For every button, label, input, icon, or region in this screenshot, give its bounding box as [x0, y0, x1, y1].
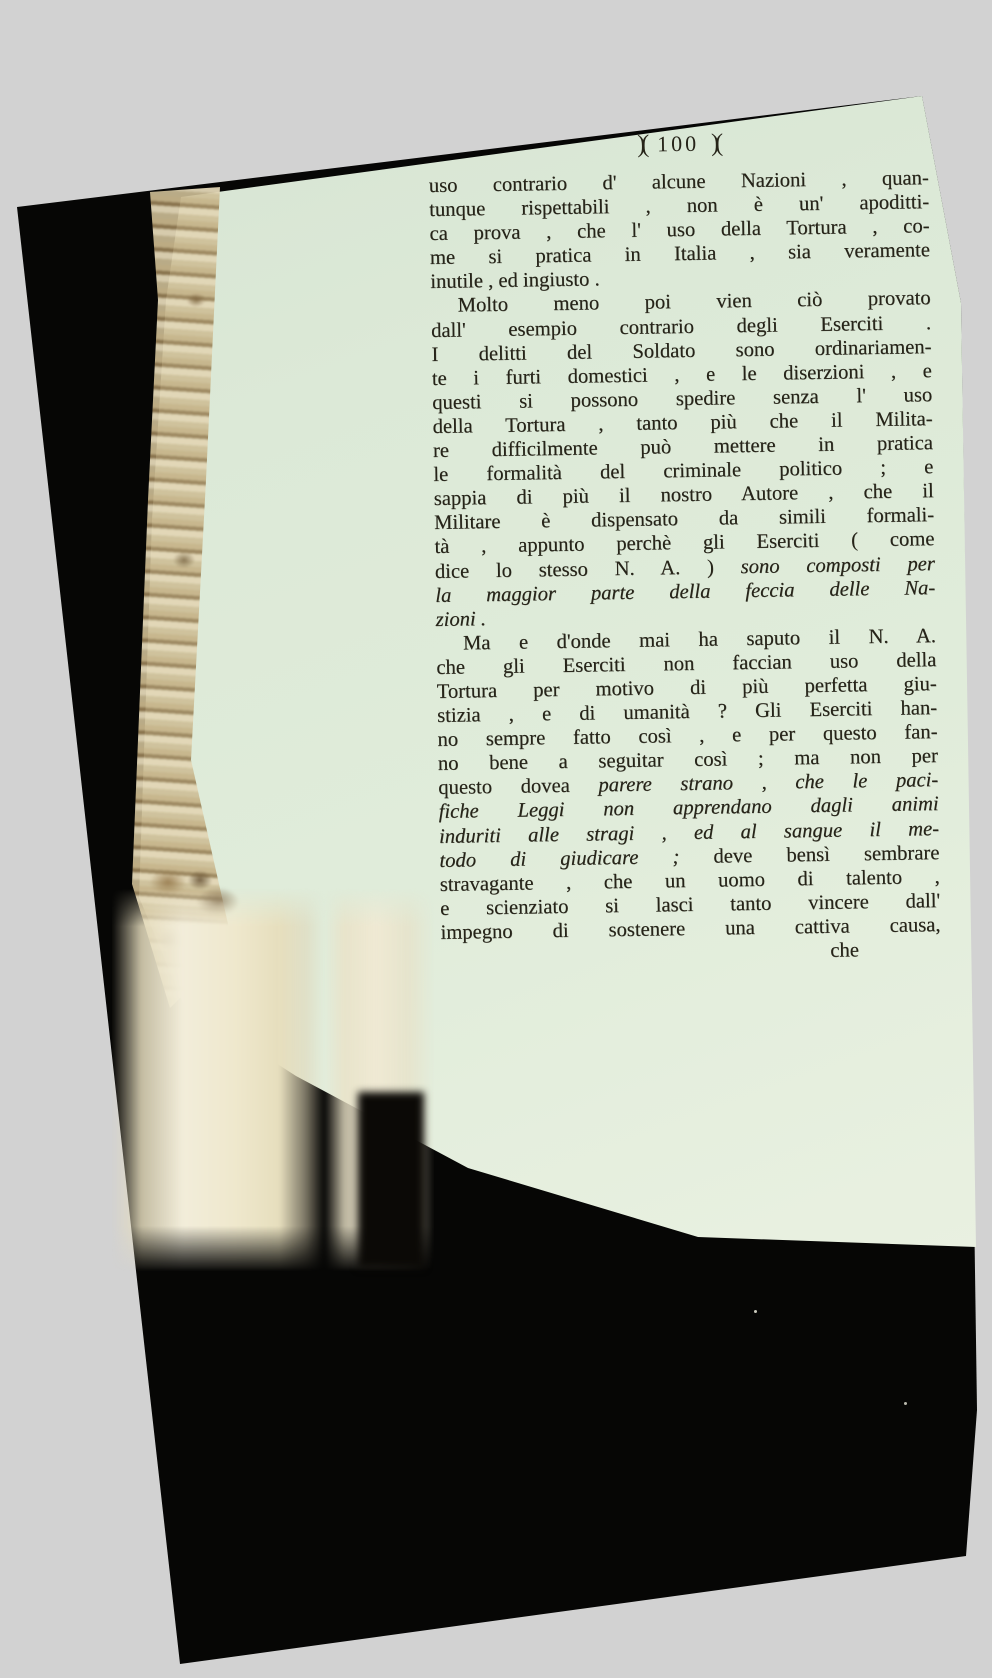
header-ornament-left: )(	[637, 130, 645, 160]
italic-text-segment: todo di giudicare ;	[439, 845, 713, 871]
dust-speck	[754, 1310, 757, 1313]
text-segment: dice lo stesso N. A. )	[435, 556, 741, 583]
folio-number: 100	[657, 131, 699, 157]
italic-text-segment: zioni .	[435, 608, 486, 631]
body-text: uso contrario d' alcune Nazioni , quan-t…	[429, 166, 941, 945]
fore-edge-gap	[358, 1092, 424, 1268]
italic-text-segment: sono composti per	[740, 553, 935, 578]
page-header: )(100)(	[428, 126, 928, 164]
text-column: )(100)( uso contrario d' alcune Nazioni …	[428, 126, 941, 969]
header-ornament-right: )(	[711, 129, 719, 159]
text-segment: deve bensì sembrare	[713, 842, 939, 868]
text-segment: questo dovea	[438, 775, 598, 800]
text-segment: inutile , ed ingiusto .	[430, 269, 600, 294]
